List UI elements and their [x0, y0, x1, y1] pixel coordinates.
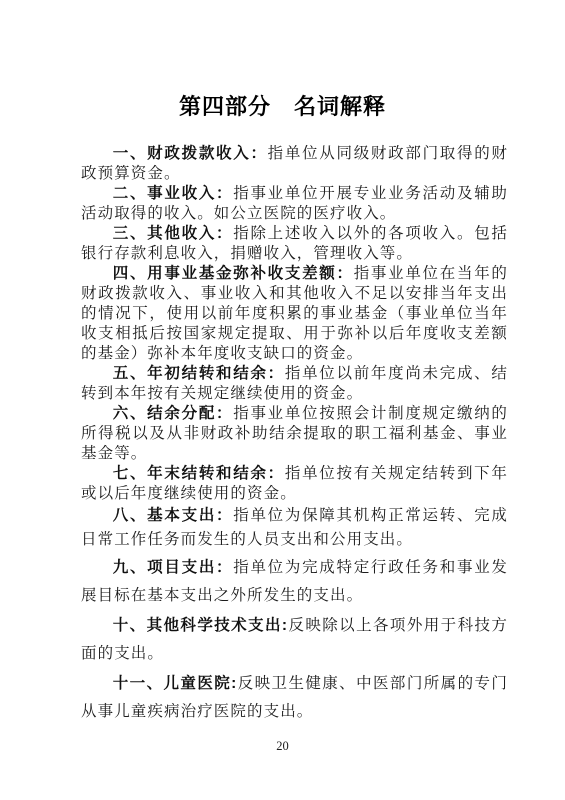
glossary-item: 四、用事业基金弥补收支差额：指事业单位在当年的财政拨款收入、事业收入和其他收入不…	[81, 264, 508, 364]
glossary-term: 十、其他科学技术支出:	[113, 617, 288, 634]
glossary-item: 二、事业收入：指事业单位开展专业业务活动及辅助活动取得的收入。如公立医院的医疗收…	[81, 184, 508, 224]
glossary-term: 八、基本支出：	[113, 507, 233, 524]
glossary-item: 十一、儿童医院:反映卫生健康、中医部门所属的专门从事儿童疾病治疗医院的支出。	[81, 670, 508, 726]
glossary-term: 三、其他收入：	[113, 225, 233, 242]
glossary-content: 一、财政拨款收入：指单位从同级财政部门取得的财政预算资金。 二、事业收入：指事业…	[0, 120, 565, 726]
glossary-term: 六、结余分配：	[113, 405, 233, 422]
glossary-item: 九、项目支出：指单位为完成特定行政任务和事业发展目标在基本支出之外所发生的支出。	[81, 554, 508, 610]
glossary-term: 二、事业收入：	[113, 185, 233, 202]
glossary-item: 五、年初结转和结余：指单位以前年度尚未完成、结转到本年按有关规定继续使用的资金。	[81, 364, 508, 404]
glossary-term: 一、财政拨款收入：	[113, 145, 268, 162]
glossary-item: 六、结余分配：指事业单位按照会计制度规定缴纳的所得税以及从非财政补助结余提取的职…	[81, 404, 508, 464]
glossary-item: 七、年末结转和结余：指单位按有关规定结转到下年或以后年度继续使用的资金。	[81, 464, 508, 504]
page-number: 20	[0, 739, 565, 754]
document-title: 第四部分 名词解释	[0, 94, 565, 120]
glossary-term: 五、年初结转和结余：	[113, 365, 285, 382]
glossary-item: 一、财政拨款收入：指单位从同级财政部门取得的财政预算资金。	[81, 144, 508, 184]
document-page: 第四部分 名词解释 一、财政拨款收入：指单位从同级财政部门取得的财政预算资金。 …	[0, 0, 565, 800]
glossary-term: 九、项目支出：	[113, 559, 233, 576]
glossary-term: 四、用事业基金弥补收支差额：	[113, 265, 354, 282]
glossary-item: 十、其他科学技术支出:反映除以上各项外用于科技方面的支出。	[81, 612, 508, 668]
glossary-item: 三、其他收入：指除上述收入以外的各项收入。包括银行存款利息收入，捐赠收入，管理收…	[81, 224, 508, 264]
glossary-term: 七、年末结转和结余：	[113, 465, 285, 482]
glossary-term: 十一、儿童医院:	[113, 675, 238, 692]
glossary-item: 八、基本支出：指单位为保障其机构正常运转、完成日常工作任务而发生的人员支出和公用…	[81, 504, 508, 552]
